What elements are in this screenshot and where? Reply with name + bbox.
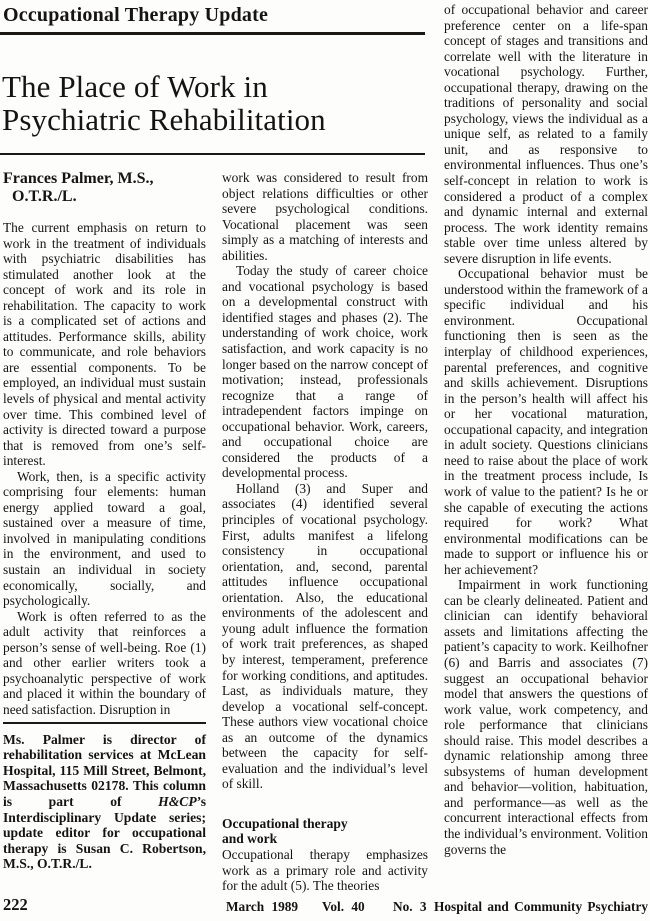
article-title-line1: The Place of Work in [2,70,427,103]
issue-date: March 1989 [226,899,298,915]
section-heading: Occupational therapy and work [222,816,428,847]
header-rule [0,32,425,35]
body-paragraph: Work, then, is a specific activity compr… [3,469,206,609]
volume-label: Vol. 40 [322,899,365,915]
author-footnote: Ms. Palmer is director of rehabilitation… [3,722,206,872]
column-1: Frances Palmer, M.S., O.T.R./L. The curr… [3,170,206,872]
body-paragraph: work was considered to result from objec… [222,170,428,263]
body-paragraph: Impairment in work functioning can be cl… [444,577,648,857]
author-name-line2: O.T.R./L. [3,188,206,206]
column-kicker: Occupational Therapy Update [3,4,268,27]
title-rule [0,153,425,155]
body-paragraph: Today the study of career choice and voc… [222,263,428,481]
body-paragraph: Work is often referred to as the adult a… [3,609,206,718]
body-paragraph: Occupational therapy emphasizes work as … [222,847,428,894]
body-paragraph: Occupational behavior must be understood… [444,266,648,577]
journal-name: Hospital and Community Psychiatry [434,899,648,915]
column-3: of occupational behavior and career pref… [444,2,648,857]
body-paragraph: of occupational behavior and career pref… [444,2,648,266]
page-number: 222 [3,895,28,915]
article-title: The Place of Work in Psychiatric Rehabil… [2,70,427,136]
page-footer: 222 March 1989 Vol. 40 No. 3 Hospital an… [0,895,650,921]
body-paragraph: The current emphasis on return to work i… [3,220,206,469]
author-name-line1: Frances Palmer, M.S., [3,170,153,187]
section-heading-line1: Occupational therapy [222,816,428,832]
issue-number: No. 3 [393,899,427,915]
article-title-line2: Psychiatric Rehabilitation [2,103,427,136]
journal-article-page: Occupational Therapy Update The Place of… [0,0,650,921]
journal-abbreviation: H&CP [158,794,197,809]
section-heading-line2: and work [222,831,428,847]
column-2: work was considered to result from objec… [222,170,428,894]
body-paragraph: Holland (3) and Super and associates (4)… [222,481,428,792]
author-byline: Frances Palmer, M.S., O.T.R./L. [3,170,206,205]
